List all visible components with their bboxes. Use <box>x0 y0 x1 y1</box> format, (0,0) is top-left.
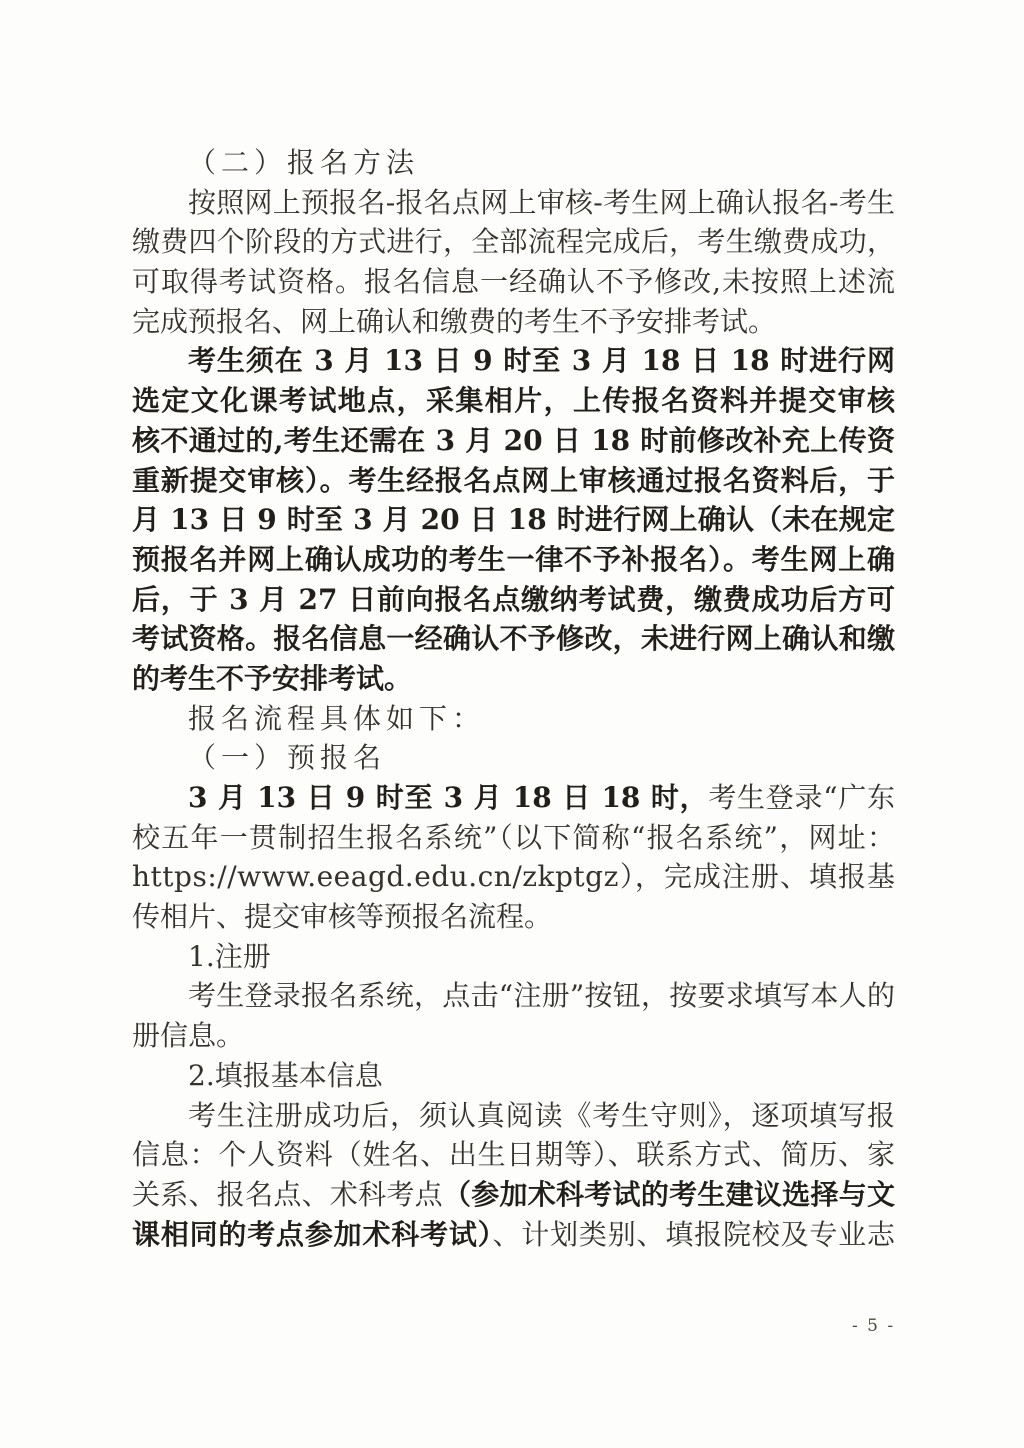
para-2-line-7: 后，于 3 月 27 日前向报名点缴纳考试费，缴费成功后方可取得 <box>132 580 895 620</box>
section-heading-1: （一）预报名 <box>132 738 895 778</box>
text-segment: 缴费四个阶段的方式进行，全部流程完成后，考生缴费成功，方 <box>132 225 895 262</box>
para-5-line-1: 考生注册成功后，须认真阅读《考生守则》，逐项填写报名 <box>132 1096 895 1136</box>
para-1-line-4: 完成预报名、网上确认和缴费的考生不予安排考试。 <box>132 302 895 342</box>
page-number: - 5 - <box>852 1315 895 1337</box>
text-segment: 校五年一贯制招生报名系统”（以下简称“报名系统”，网址： <box>132 821 895 854</box>
text-segment: 1.注册 <box>188 940 271 973</box>
text-segment: （一）预报名 <box>188 741 386 774</box>
text-segment: 报名流程具体如下： <box>188 702 485 735</box>
text-segment: 重新提交审核）。考生经报名点网上审核通过报名资料后，于 3 <box>132 464 895 501</box>
text-segment: 考生注册成功后，须认真阅读《考生守则》，逐项填写报名 <box>188 1099 895 1136</box>
text-segment: 按照网上预报名-报名点网上审核-考生网上确认报名-考生 <box>188 186 895 219</box>
text-segment: https://www.eeagd.edu.cn/zkptgz <box>132 860 619 893</box>
text-segment: 预报名并网上确认成功的考生一律不予补报名）。考生网上确认 <box>132 543 895 580</box>
text-segment: 册信息。 <box>132 1019 244 1052</box>
text-block: （二）报名方法按照网上预报名-报名点网上审核-考生网上确认报名-考生缴费四个阶段… <box>132 143 895 1254</box>
para-1-line-2: 缴费四个阶段的方式进行，全部流程完成后，考生缴费成功，方 <box>132 222 895 262</box>
text-segment: 核不通过的,考生还需在 3 月 20 日 18 时前修改补充上传资料并 <box>132 424 895 461</box>
para-4-line-2: 册信息。 <box>132 1016 895 1056</box>
text-segment: 考试资格。报名信息一经确认不予修改，未进行网上确认和缴费 <box>132 622 895 659</box>
text-segment: 月 13 日 9 时至 3 月 20 日 18 时进行网上确认（未在规定时间内 <box>132 503 895 540</box>
step-1-heading: 1.注册 <box>132 937 895 977</box>
text-segment: 考生登录报名系统，点击“注册”按钮，按要求填写本人的注 <box>188 979 895 1016</box>
para-5-line-4: 课相同的考点参加术科考试）、计划类别、填报院校及专业志愿 <box>132 1215 895 1255</box>
para-2-line-4: 重新提交审核）。考生经报名点网上审核通过报名资料后，于 3 <box>132 461 895 501</box>
text-segment: 3 月 13 日 9 时至 3 月 18 日 18 时， <box>188 781 708 814</box>
section-heading-2: （二）报名方法 <box>132 143 895 183</box>
para-3-line-2: 校五年一贯制招生报名系统”（以下简称“报名系统”，网址： <box>132 818 895 858</box>
text-segment: 关系、报名点、术科考点 <box>132 1178 443 1211</box>
text-segment: 传相片、提交审核等预报名流程。 <box>132 900 552 933</box>
para-2-line-5: 月 13 日 9 时至 3 月 20 日 18 时进行网上确认（未在规定时间内 <box>132 500 895 540</box>
text-segment: 考生须在 3 月 13 日 9 时至 3 月 18 日 18 时进行网上预报名， <box>188 344 895 381</box>
text-segment: 信息：个人资料（姓名、出生日期等）、联系方式、简历、家庭 <box>132 1138 895 1175</box>
flow-intro-line: 报名流程具体如下： <box>132 699 895 739</box>
para-3-line-4: 传相片、提交审核等预报名流程。 <box>132 897 895 937</box>
para-1-line-3: 可取得考试资格。报名信息一经确认不予修改,未按照上述流程， <box>132 262 895 302</box>
para-3-line-1: 3 月 13 日 9 时至 3 月 18 日 18 时，考生登录“广东省高职院 <box>132 778 895 818</box>
para-2-line-6: 预报名并网上确认成功的考生一律不予补报名）。考生网上确认 <box>132 540 895 580</box>
text-segment: 的考生不予安排考试。 <box>132 662 412 695</box>
para-3-line-3: https://www.eeagd.edu.cn/zkptgz），完成注册、填报… <box>132 857 895 897</box>
para-2-line-1: 考生须在 3 月 13 日 9 时至 3 月 18 日 18 时进行网上预报名， <box>132 341 895 381</box>
text-segment: 选定文化课考试地点，采集相片，上传报名资料并提交审核（审 <box>132 384 895 421</box>
text-segment: 后，于 3 月 27 日前向报名点缴纳考试费，缴费成功后方可取得 <box>132 583 895 620</box>
para-2-line-2: 选定文化课考试地点，采集相片，上传报名资料并提交审核（审 <box>132 381 895 421</box>
text-segment: 课相同的考点参加术科考试） <box>132 1218 493 1251</box>
document-page: （二）报名方法按照网上预报名-报名点网上审核-考生网上确认报名-考生缴费四个阶段… <box>0 0 1024 1448</box>
text-segment: 2.填报基本信息 <box>188 1059 383 1092</box>
para-5-line-3: 关系、报名点、术科考点（参加术科考试的考生建议选择与文化 <box>132 1175 895 1215</box>
para-2-line-3: 核不通过的,考生还需在 3 月 20 日 18 时前修改补充上传资料并 <box>132 421 895 461</box>
para-4-line-1: 考生登录报名系统，点击“注册”按钮，按要求填写本人的注 <box>132 976 895 1016</box>
para-5-line-2: 信息：个人资料（姓名、出生日期等）、联系方式、简历、家庭 <box>132 1135 895 1175</box>
text-segment: 完成预报名、网上确认和缴费的考生不予安排考试。 <box>132 305 776 338</box>
para-2-line-9: 的考生不予安排考试。 <box>132 659 895 699</box>
text-segment: （二）报名方法 <box>188 146 419 179</box>
para-1-line-1: 按照网上预报名-报名点网上审核-考生网上确认报名-考生 <box>132 183 895 223</box>
text-segment: 可取得考试资格。报名信息一经确认不予修改,未按照上述流程， <box>132 265 895 302</box>
para-2-line-8: 考试资格。报名信息一经确认不予修改，未进行网上确认和缴费 <box>132 619 895 659</box>
step-2-heading: 2.填报基本信息 <box>132 1056 895 1096</box>
